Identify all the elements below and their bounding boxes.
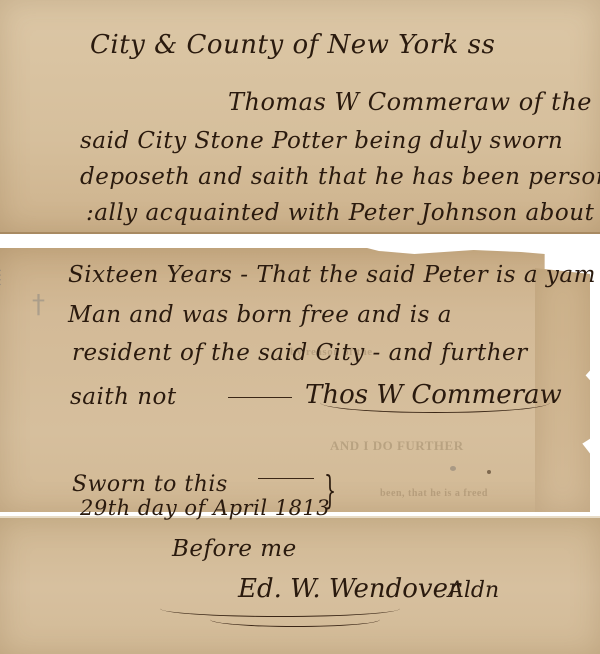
before-me-label: Before me [172,536,297,562]
jurat-line-1: Sworn to this [72,472,228,497]
body-line-3: deposeth and saith that he has been pers… [80,164,600,190]
ink-speck [450,466,456,471]
body-line-dash [228,397,292,398]
body-line-6: Man and was born free and is a [68,302,452,328]
jurat-dash [258,478,314,479]
ink-speck [487,470,491,474]
bleed-through-text: AND I DO FURTHER [330,438,464,454]
jurat-line-2: 29th day of April 1813 [80,496,330,520]
body-line-7: resident of the said City - and further [72,340,528,366]
officer-title: Aldn [448,578,499,603]
signature-flourish [320,392,550,413]
body-line-5: Sixteen Years - That the said Peter is a… [68,262,596,288]
body-line-2: said City Stone Potter being duly sworn [80,128,563,154]
jurat-bracket: } [324,468,336,512]
bleed-through-text: been, that he is a freed [380,488,488,499]
pencil-mark-cross: † [32,290,45,320]
body-line-8: saith not [70,384,177,410]
venue-heading: City & County of New York ss [90,30,495,60]
body-line-4: :ally acquainted with Peter Johnson abou… [86,200,594,226]
body-line-1: Thomas W Commeraw of the [228,88,592,116]
officer-signature-flourish-2 [210,612,380,627]
pencil-mark-margin: |||| [0,268,2,287]
